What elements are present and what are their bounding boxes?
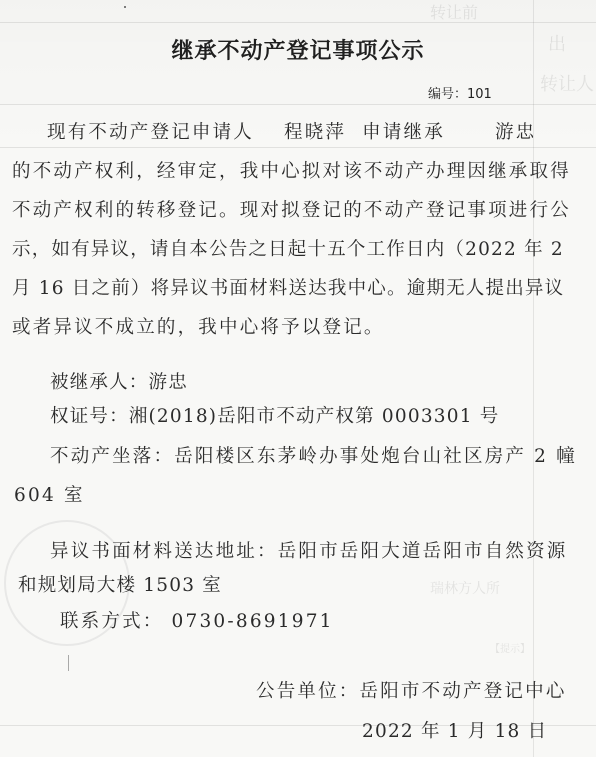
page-title: 继承不动产登记事项公示 <box>0 34 596 65</box>
issue-date: 2022 年 1 月 18 日 <box>362 717 547 743</box>
bleed-line <box>0 147 596 148</box>
field-location: 不动产坐落：岳阳楼区东茅岭办事处炮台山社区房产 2 幢 <box>50 442 577 468</box>
scan-speck <box>124 6 126 8</box>
field-objection-address: 异议书面材料送达地址：岳阳市岳阳大道岳阳市自然资源 <box>50 537 568 563</box>
body-line: 或者异议不成立的，我中心将予以登记。 <box>12 313 385 339</box>
bleed-line <box>0 104 596 105</box>
document-number: 编号：101 <box>428 83 492 102</box>
scan-mark <box>68 655 69 671</box>
field-contact: 联系方式：0730-8691971 <box>60 607 334 633</box>
body-line: 不动产权利的转移登记。现对拟登记的不动产登记事项进行公 <box>12 196 571 222</box>
intro-line: 现有不动产登记申请人程晓萍申请继承游忠 <box>47 118 536 144</box>
scanned-page: 转让前 出 转让人 瑞林方人所 【提示】 继承不动产登记事项公示 编号：101 … <box>0 0 596 757</box>
body-line: 的不动产权利，经审定，我中心拟对该不动产办理因继承取得 <box>12 157 571 183</box>
issuer-line: 公告单位：岳阳市不动产登记中心 <box>256 677 567 703</box>
bleed-through-text: 瑞林方人所 <box>430 578 500 598</box>
bleed-through-text: 转让人 <box>540 70 594 96</box>
bleed-line <box>0 22 596 23</box>
field-value: 游忠 <box>149 372 188 393</box>
field-label: 被继承人： <box>50 372 149 393</box>
field-label: 联系方式： <box>60 611 164 632</box>
field-decedent: 被继承人：游忠 <box>50 368 188 394</box>
decedent-name: 游忠 <box>495 122 536 143</box>
field-certificate: 权证号：湘(2018)岳阳市不动产权第 0003301 号 <box>50 402 499 428</box>
field-value: 岳阳市岳阳大道岳阳市自然资源 <box>278 541 568 562</box>
field-value: 湘(2018)岳阳市不动产权第 0003301 号 <box>129 406 500 427</box>
field-objection-address-cont: 和规划局大楼 1503 室 <box>18 571 222 597</box>
field-label: 权证号： <box>50 406 129 427</box>
bleed-through-text: 【提示】 <box>490 640 530 655</box>
intro-prefix: 现有不动产登记申请人 <box>47 122 254 143</box>
body-line: 示，如有异议，请自本公告之日起十五个工作日内（2022 年 2 <box>12 235 564 261</box>
field-value: 岳阳楼区东茅岭办事处炮台山社区房产 2 幢 <box>174 446 577 467</box>
issuer-name: 岳阳市不动产登记中心 <box>360 681 567 702</box>
field-location-cont: 604 室 <box>14 481 85 507</box>
issuer-label: 公告单位： <box>256 681 360 702</box>
bleed-through-text: 转让前 <box>430 0 478 23</box>
field-label: 异议书面材料送达地址： <box>50 541 278 562</box>
field-label: 不动产坐落： <box>50 446 174 467</box>
field-value: 0730-8691971 <box>172 611 334 632</box>
body-line: 月 16 日之前）将异议书面材料送达我中心。逾期无人提出异议 <box>12 274 564 300</box>
applicant-name: 程晓萍 <box>284 122 346 143</box>
intro-action: 申请继承 <box>362 122 445 143</box>
bleed-line <box>533 0 534 757</box>
